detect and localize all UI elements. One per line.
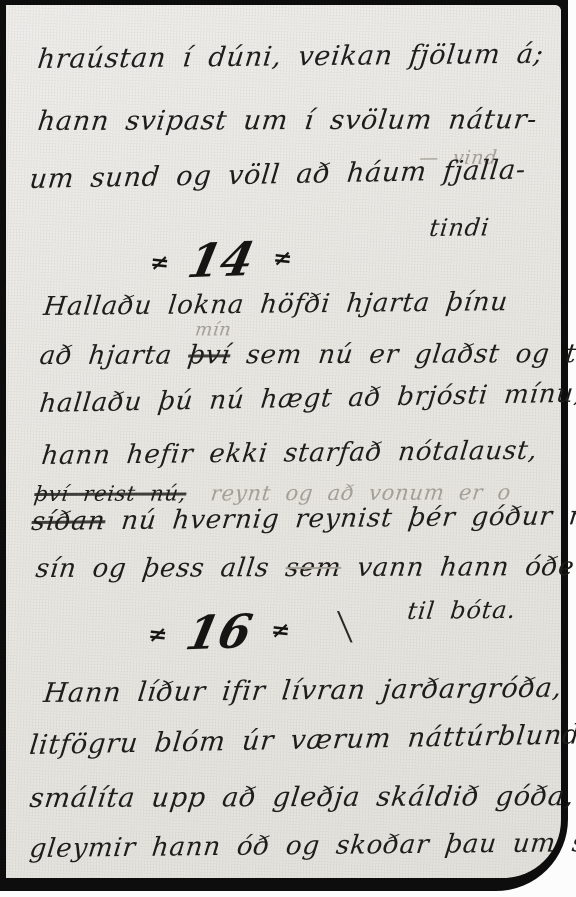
handwriting-layer: hraústan í dúni, veikan fjölum á; hann s…: [0, 0, 576, 897]
struck-phrase: því reist nú,: [33, 481, 188, 506]
manuscript-line-continuation: til bóta.: [406, 596, 518, 625]
manuscript-line: hallaðu þú nú hægt að brjósti mínu,: [38, 379, 576, 419]
line-segment: vann hann óðe: [356, 552, 576, 583]
line-segment: sem nú er glaðst og traust,: [245, 339, 576, 370]
pencil-struck-word: sem: [284, 553, 343, 583]
stanza-heading-14: ≠ 14 ≠: [149, 231, 293, 290]
struck-word: síðan: [30, 506, 107, 537]
corrected-word: því mín: [186, 340, 232, 370]
stanza-number: 14: [184, 232, 260, 289]
manuscript-line: smálíta upp að gleðja skáldið góða,: [28, 781, 576, 814]
manuscript-line: Hann líður ifir lívran jarðargróða,: [42, 673, 564, 709]
manuscript-line: sín og þess alls sem vann hann óðe: [34, 552, 576, 584]
manuscript-line-continuation: tindi: [428, 213, 491, 242]
line-segment: sín og þess alls: [34, 553, 271, 584]
stanza-marker-icon: ≠: [270, 615, 292, 644]
stanza-marker-icon: ≠: [272, 243, 294, 272]
manuscript-line: síðan nú hvernig reynist þér góður nóta: [30, 501, 576, 537]
line-segment: nú hvernig reynist þér góður nóta: [120, 501, 576, 536]
stanza-marker-icon: ≠: [147, 620, 169, 649]
manuscript-line: að hjarta því mín sem nú er glaðst og tr…: [38, 339, 576, 371]
stanza-heading-16: ≠ 16 ≠ ╲: [147, 600, 353, 661]
pencil-annotation-above: mín: [194, 319, 232, 340]
stanza-marker-icon: ≠: [149, 248, 171, 277]
stanza-number: 16: [182, 604, 258, 661]
line-segment: að hjarta: [38, 341, 174, 371]
manuscript-line: um sund og völl að háum fjalla-: [28, 154, 528, 195]
manuscript-line: Hallaðu lokna höfði hjarta þínu: [42, 287, 510, 322]
struck-word: því: [186, 340, 232, 370]
manuscript-line: hann svipast um í svölum nátur-: [36, 104, 539, 137]
manuscript-line: hann hefir ekki starfað nótalaust,: [40, 436, 539, 471]
manuscript-line: litfögru blóm úr værum náttúrblund: [28, 719, 576, 761]
manuscript-line: gleymir hann óð og skoðar þau um stund;: [28, 827, 576, 864]
manuscript-line: hraústan í dúni, veikan fjölum á;: [36, 39, 545, 75]
stray-ink-mark: ╲: [335, 612, 353, 643]
